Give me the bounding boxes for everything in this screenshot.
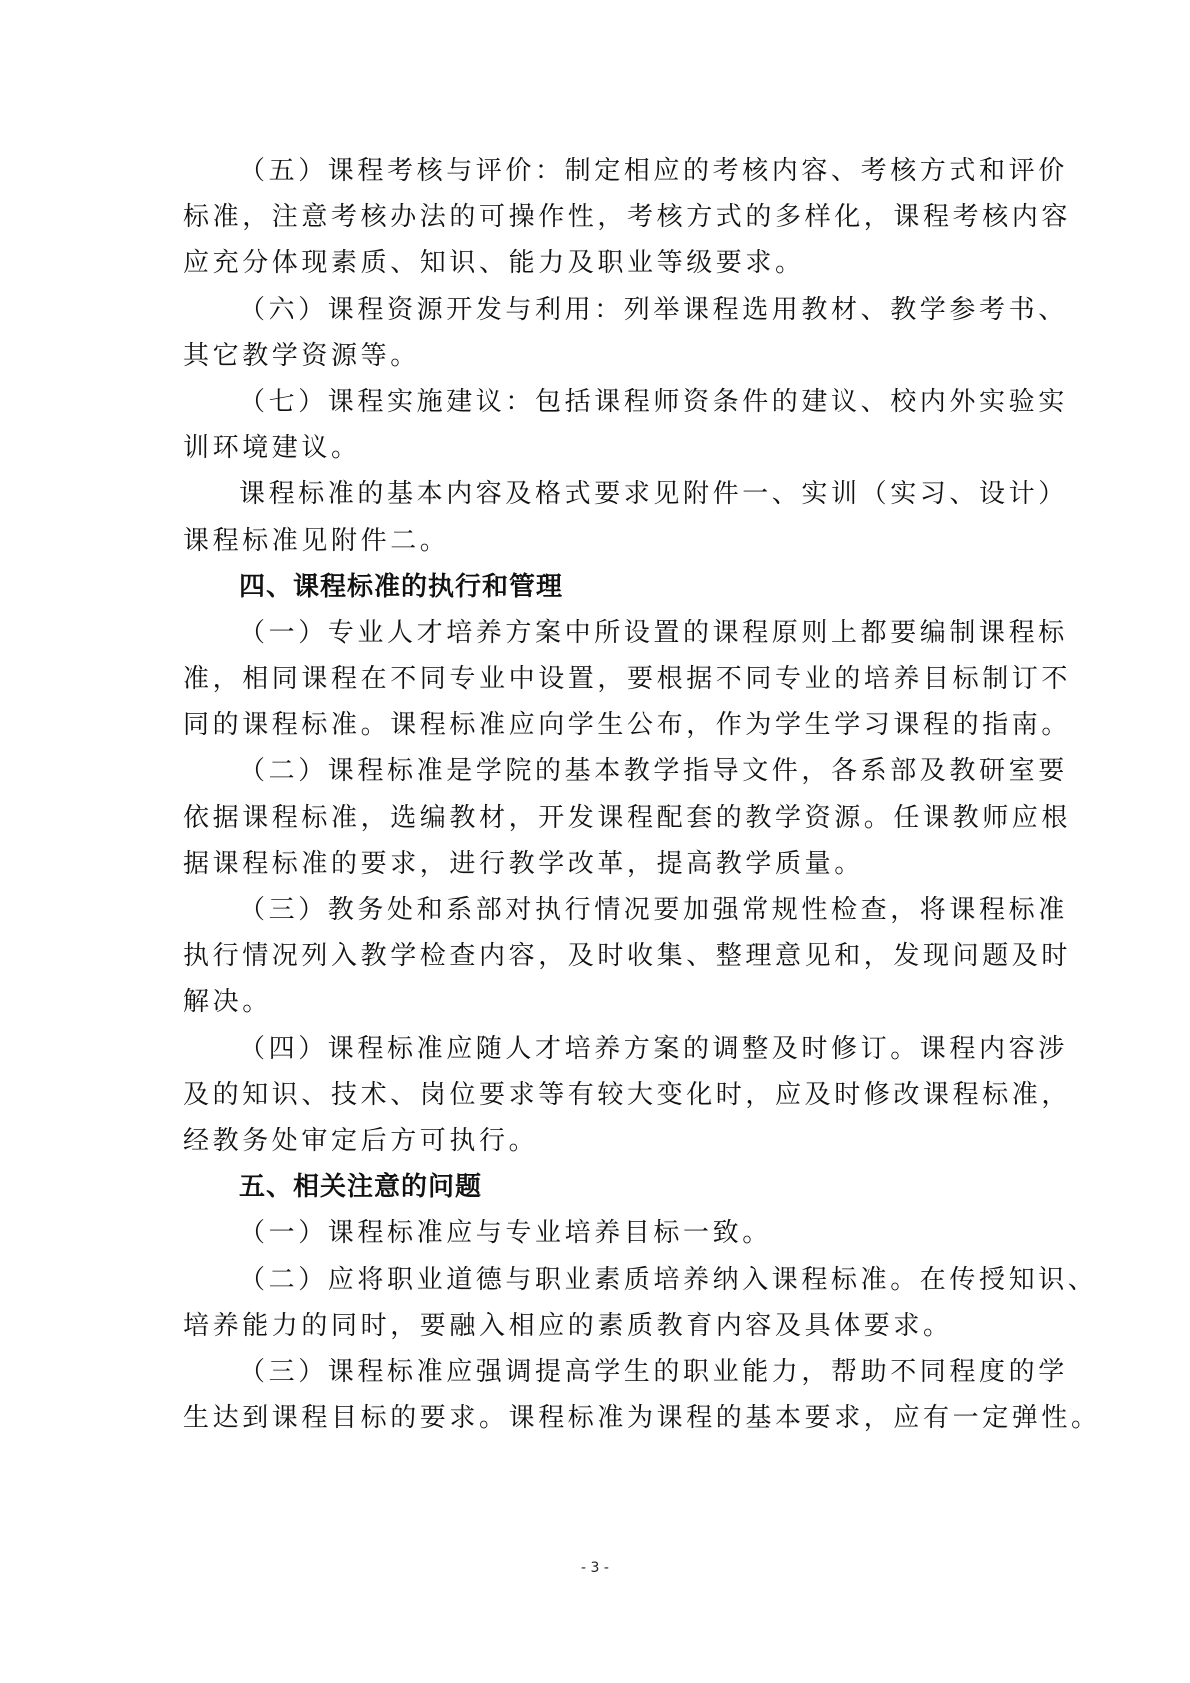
text-line: （一）专业人才培养方案中所设置的课程原则上都要编制课程标 [183, 610, 1017, 656]
document-body: （五）课程考核与评价：制定相应的考核内容、考核方式和评价标准，注意考核办法的可操… [183, 148, 1017, 1441]
text-line: （四）课程标准应随人才培养方案的调整及时修订。课程内容涉 [183, 1026, 1017, 1072]
text-line: 及的知识、技术、岗位要求等有较大变化时，应及时修改课程标准， [183, 1072, 1017, 1118]
text-line: 课程标准的基本内容及格式要求见附件一、实训（实习、设计） [183, 471, 1017, 517]
text-line: 训环境建议。 [183, 425, 1017, 471]
document-page: （五）课程考核与评价：制定相应的考核内容、考核方式和评价标准，注意考核办法的可操… [0, 0, 1190, 1683]
text-line: （二）课程标准是学院的基本教学指导文件，各系部及教研室要 [183, 748, 1017, 794]
text-line: 依据课程标准，选编教材，开发课程配套的教学资源。任课教师应根 [183, 795, 1017, 841]
section-heading: 五、相关注意的问题 [183, 1164, 1017, 1210]
text-line: 课程标准见附件二。 [183, 518, 1017, 564]
text-line: 应充分体现素质、知识、能力及职业等级要求。 [183, 240, 1017, 286]
text-line: 经教务处审定后方可执行。 [183, 1118, 1017, 1164]
page-number: - 3 - [0, 1560, 1190, 1576]
section-heading: 四、课程标准的执行和管理 [183, 564, 1017, 610]
text-line: （一）课程标准应与专业培养目标一致。 [183, 1210, 1017, 1256]
text-line: 同的课程标准。课程标准应向学生公布，作为学生学习课程的指南。 [183, 702, 1017, 748]
text-line: 准，相同课程在不同专业中设置，要根据不同专业的培养目标制订不 [183, 656, 1017, 702]
text-line: 生达到课程目标的要求。课程标准为课程的基本要求，应有一定弹性。 [183, 1395, 1017, 1441]
text-line: （三）课程标准应强调提高学生的职业能力，帮助不同程度的学 [183, 1349, 1017, 1395]
text-line: （二）应将职业道德与职业素质培养纳入课程标准。在传授知识、 [183, 1257, 1017, 1303]
text-line: （七）课程实施建议：包括课程师资条件的建议、校内外实验实 [183, 379, 1017, 425]
text-line: （三）教务处和系部对执行情况要加强常规性检查，将课程标准 [183, 887, 1017, 933]
text-line: （六）课程资源开发与利用：列举课程选用教材、教学参考书、 [183, 287, 1017, 333]
text-line: （五）课程考核与评价：制定相应的考核内容、考核方式和评价 [183, 148, 1017, 194]
text-line: 培养能力的同时，要融入相应的素质教育内容及具体要求。 [183, 1303, 1017, 1349]
text-line: 据课程标准的要求，进行教学改革，提高教学质量。 [183, 841, 1017, 887]
text-line: 标准，注意考核办法的可操作性，考核方式的多样化，课程考核内容 [183, 194, 1017, 240]
text-line: 其它教学资源等。 [183, 333, 1017, 379]
text-line: 执行情况列入教学检查内容，及时收集、整理意见和，发现问题及时 [183, 933, 1017, 979]
text-line: 解决。 [183, 979, 1017, 1025]
